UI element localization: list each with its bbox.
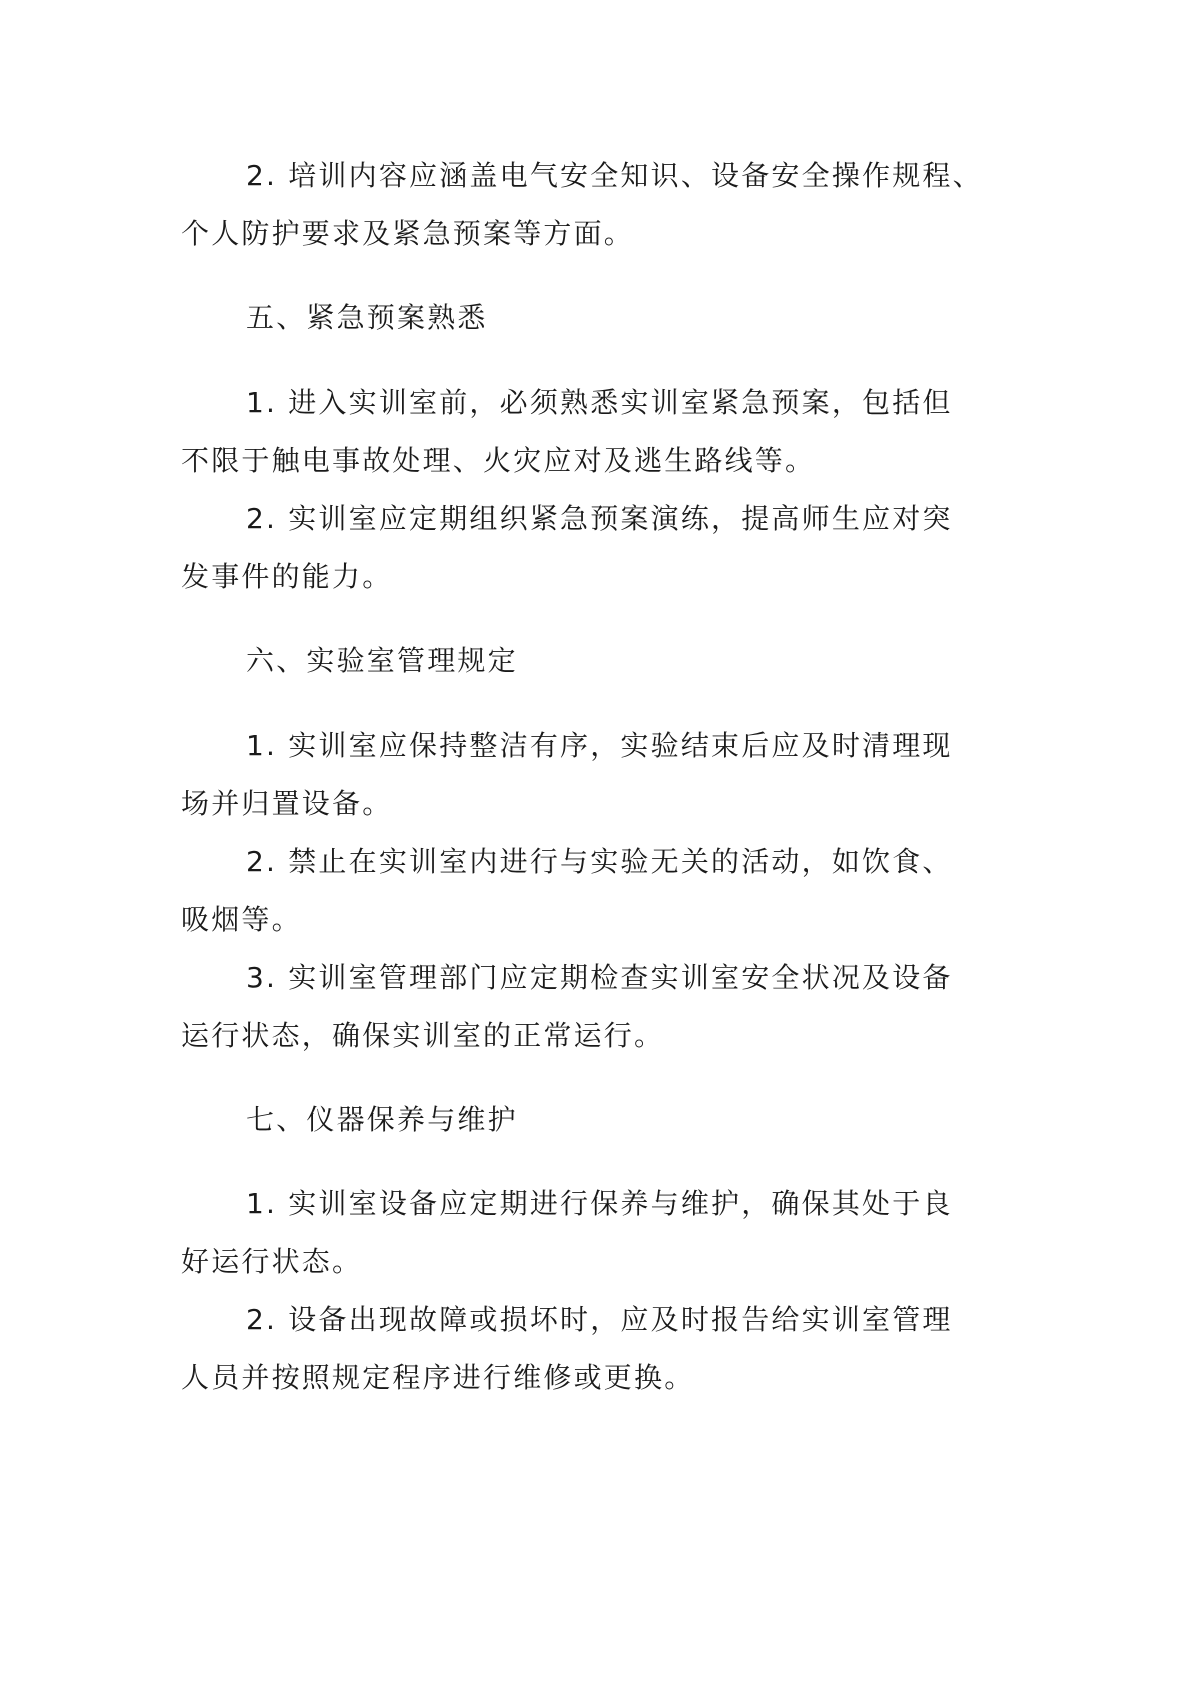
- paragraph-line: 不限于触电事故处理、火灾应对及逃生路线等。: [181, 441, 815, 481]
- paragraph-line: 2. 设备出现故障或损坏时，应及时报告给实训室管理: [246, 1300, 953, 1340]
- paragraph-line: 场并归置设备。: [181, 784, 392, 824]
- paragraph-line: 2. 实训室应定期组织紧急预案演练，提高师生应对突: [246, 499, 953, 539]
- paragraph-line: 1. 进入实训室前，必须熟悉实训室紧急预案，包括但: [246, 383, 953, 423]
- paragraph-line: 运行状态，确保实训室的正常运行。: [181, 1016, 664, 1056]
- paragraph-line: 1. 实训室应保持整洁有序，实验结束后应及时清理现: [246, 726, 953, 766]
- paragraph-line: 个人防护要求及紧急预案等方面。: [181, 214, 634, 254]
- paragraph-line: 发事件的能力。: [181, 557, 392, 597]
- section-heading-6: 六、实验室管理规定: [246, 641, 518, 681]
- paragraph-line: 2. 培训内容应涵盖电气安全知识、设备安全操作规程、: [246, 156, 983, 196]
- section-heading-5: 五、紧急预案熟悉: [246, 298, 488, 338]
- paragraph-line: 3. 实训室管理部门应定期检查实训室安全状况及设备: [246, 958, 953, 998]
- paragraph-line: 2. 禁止在实训室内进行与实验无关的活动，如饮食、: [246, 842, 953, 882]
- section-heading-7: 七、仪器保养与维护: [246, 1100, 518, 1140]
- document-page: 2. 培训内容应涵盖电气安全知识、设备安全操作规程、 个人防护要求及紧急预案等方…: [0, 0, 1190, 1683]
- paragraph-line: 吸烟等。: [181, 900, 302, 940]
- paragraph-line: 人员并按照规定程序进行维修或更换。: [181, 1358, 694, 1398]
- paragraph-line: 好运行状态。: [181, 1242, 362, 1282]
- paragraph-line: 1. 实训室设备应定期进行保养与维护，确保其处于良: [246, 1184, 953, 1224]
